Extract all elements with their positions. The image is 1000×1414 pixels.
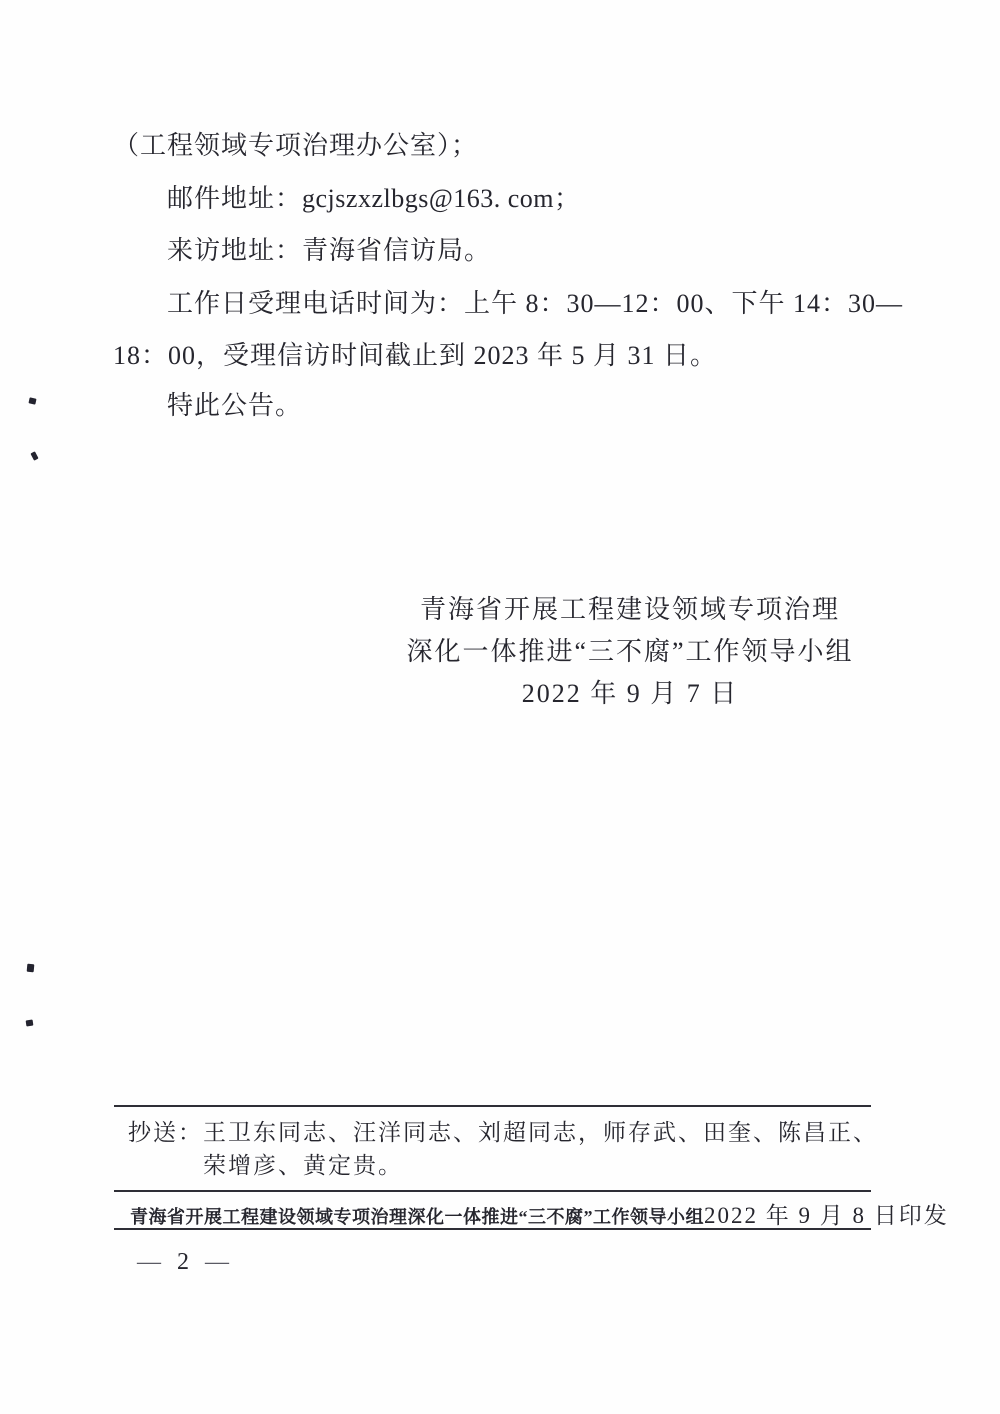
- email-address: gcjszxzlbgs@163. com；: [302, 184, 581, 213]
- signature-org-line-1: 青海省开展工程建设领域专项治理: [255, 589, 1000, 631]
- cc-label: 抄送：: [128, 1116, 203, 1149]
- email-label: 邮件地址：: [167, 184, 302, 213]
- body-line-visit-address: 来访地址：青海省信访局。: [167, 236, 491, 266]
- cc-names: 王卫东同志、汪洋同志、刘超同志，师存武、田奎、陈昌正、 荣增彦、黄定贵。: [203, 1116, 878, 1182]
- signature-org-line-2: 深化一体推进“三不腐”工作领导小组: [255, 631, 1000, 673]
- signature-block: 青海省开展工程建设领域专项治理 深化一体推进“三不腐”工作领导小组 2022 年…: [255, 589, 1000, 715]
- scanned-notice-page: （工程领域专项治理办公室）； 邮件地址：gcjszxzlbgs@163. com…: [0, 0, 1000, 1414]
- page-number-dash-left: —: [137, 1249, 161, 1276]
- cc-section: 抄送： 王卫东同志、汪洋同志、刘超同志，师存武、田奎、陈昌正、 荣增彦、黄定贵。: [114, 1107, 871, 1192]
- body-line-office: （工程领域专项治理办公室）；: [113, 131, 478, 161]
- imprint-issuer: 青海省开展工程建设领域专项治理深化一体推进“三不腐”工作领导小组: [130, 1203, 704, 1229]
- signature-date: 2022 年 9 月 7 日: [255, 673, 1000, 715]
- cc-imprint-box: 抄送： 王卫东同志、汪洋同志、刘超同志，师存武、田奎、陈昌正、 荣增彦、黄定贵。…: [114, 1105, 871, 1230]
- body-line-phone-hours-1: 工作日受理电话时间为：上午 8：30—12：00、下午 14：30—: [167, 289, 903, 319]
- scan-speck: [28, 397, 36, 404]
- scan-speck: [26, 1020, 34, 1027]
- imprint-print-date: 2022 年 9 月 8 日印发: [704, 1197, 949, 1230]
- page-number-dash-right: —: [205, 1249, 229, 1276]
- imprint-row: 青海省开展工程建设领域专项治理深化一体推进“三不腐”工作领导小组 2022 年 …: [114, 1192, 871, 1228]
- body-line-closing: 特此公告。: [167, 391, 302, 421]
- scan-speck: [27, 964, 35, 973]
- cc-names-line-1: 王卫东同志、汪洋同志、刘超同志，师存武、田奎、陈昌正、: [203, 1116, 878, 1149]
- cc-names-line-2: 荣增彦、黄定贵。: [203, 1149, 878, 1182]
- page-number-value: 2: [177, 1249, 189, 1276]
- body-line-phone-hours-2: 18：00，受理信访时间截止到 2023 年 5 月 31 日。: [113, 341, 717, 371]
- page-number: — 2 —: [137, 1249, 229, 1276]
- scan-speck: [30, 451, 38, 460]
- body-line-email: 邮件地址：gcjszxzlbgs@163. com；: [167, 184, 581, 214]
